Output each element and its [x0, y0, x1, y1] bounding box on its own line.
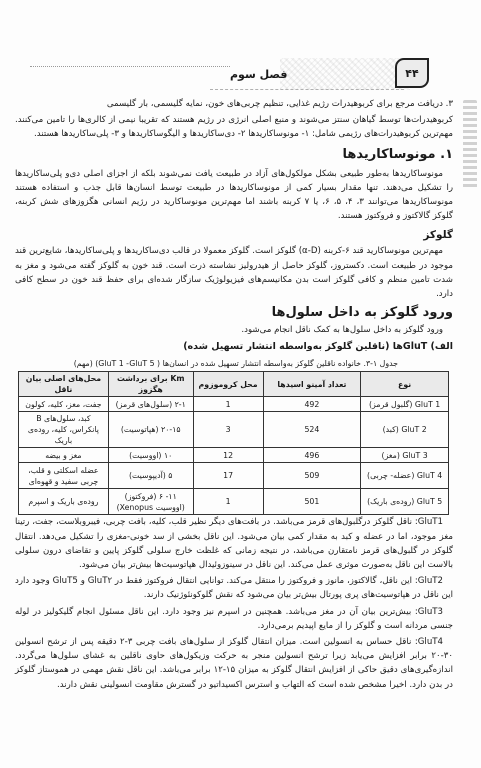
glucose-entry-paragraph: ورود گلوکز به داخل سلول‌ها به کمک ناقل ا…: [15, 323, 453, 337]
cell-amino-acids: 501: [263, 489, 361, 515]
header-amino-acids: تعداد آمینو اسیدها: [263, 372, 361, 397]
glut1-label: GluT1: [418, 517, 443, 527]
cell-type: GluT 4 (عضله- چربی): [361, 463, 449, 489]
page-header: فصل سوم ۴۴: [30, 58, 429, 92]
cell-type: GluT 1 (گلبول قرمز): [361, 397, 449, 412]
cell-km: ۵ (آدیپوسیت): [108, 463, 193, 489]
intro-line-2: کربوهیدرات‌ها توسط گیاهان سنتز می‌شوند و…: [15, 113, 453, 141]
glut1-text: : ناقل گلوکز درگلبول‌های قرمز می‌باشد. د…: [15, 517, 453, 570]
page-number: ۴۴: [395, 58, 429, 88]
header-dashed-rule: [210, 89, 404, 90]
header-type: نوع: [361, 372, 449, 397]
cell-chromosome: 12: [193, 448, 263, 463]
cell-km: ۱۰ (اووسیت): [108, 448, 193, 463]
cell-type: GluT 3 (مغز): [361, 448, 449, 463]
header-decorative-texture: [280, 58, 410, 90]
page-content: ۳. دریافت مرجع برای کربوهیدرات رژیم غذای…: [15, 97, 453, 694]
cell-km: ۱۱- ۶ (فروکتوز) (اووسیت Xenopus): [108, 489, 193, 515]
glut3-text: : بیش‌ترین بیان آن در مغز می‌باشد. همچنی…: [15, 607, 453, 631]
chapter-title: فصل سوم: [230, 68, 287, 81]
glut4-label: GluT4: [418, 637, 443, 647]
table-row: GluT 3 (مغز) 496 12 ۱۰ (اووسیت) مغز و بی…: [19, 448, 449, 463]
glut-subsection-label: الف) GluTها (ناقلین گلوکز به‌واسطه انتشا…: [15, 339, 453, 354]
cell-amino-acids: 524: [263, 412, 361, 448]
table-header-row: نوع تعداد آمینو اسیدها محل کروموزوم Km ب…: [19, 372, 449, 397]
glut-table: نوع تعداد آمینو اسیدها محل کروموزوم Km ب…: [18, 371, 449, 515]
side-vertical-label: [463, 100, 477, 190]
cell-type: GluT 5 (روده‌ی باریک): [361, 489, 449, 515]
glut2-text: : این ناقل، گالاکتوز، مانوز و فروکتوز را…: [15, 576, 453, 600]
glut4-text: : ناقل حساس به انسولین است. میزان انتقال…: [15, 637, 453, 690]
monosaccharides-heading: ۱. مونوساکاریدها: [15, 145, 453, 165]
cell-sites: مغز و بیضه: [19, 448, 109, 463]
monosaccharides-paragraph: مونوساکاریدها به‌طور طبیعی بشکل مولکول‌ه…: [15, 167, 453, 224]
glucose-paragraph: مهم‌ترین مونوساکارید قند ۶-کربنه (α-D) گ…: [15, 244, 453, 301]
glut2-label: GluT2: [418, 576, 443, 586]
glut3-label: GluT3: [418, 607, 443, 617]
table-row: GluT 1 (گلبول قرمز) 492 1 ۲-۱ (سلول‌های …: [19, 397, 449, 412]
table-row: GluT 4 (عضله- چربی) 509 17 ۵ (آدیپوسیت) …: [19, 463, 449, 489]
cell-km: ۲-۱ (سلول‌های قرمز): [108, 397, 193, 412]
cell-chromosome: 1: [193, 397, 263, 412]
cell-chromosome: 17: [193, 463, 263, 489]
cell-chromosome: 3: [193, 412, 263, 448]
glut2-description: GluT2: این ناقل، گالاکتوز، مانوز و فروکت…: [15, 574, 453, 602]
cell-sites: روده‌ی باریک و اسپرم: [19, 489, 109, 515]
table-row: GluT 5 (روده‌ی باریک) 501 1 ۱۱- ۶ (فروکت…: [19, 489, 449, 515]
glut1-description: GluT1: ناقل گلوکز درگلبول‌های قرمز می‌با…: [15, 515, 453, 572]
cell-sites: جفت، مغز، کلیه، کولون: [19, 397, 109, 412]
cell-amino-acids: 496: [263, 448, 361, 463]
glut4-description: GluT4: ناقل حساس به انسولین است. میزان ا…: [15, 635, 453, 692]
header-dotted-rule: [30, 66, 230, 67]
glucose-entry-heading: ورود گلوکز به داخل سلول‌ها: [15, 303, 453, 323]
header-sites: محل‌های اصلی بیان ناقل: [19, 372, 109, 397]
header-km: Km برای برداشت هگزوز: [108, 372, 193, 397]
cell-km: ۲۰-۱۵ (هپاتوسیت): [108, 412, 193, 448]
cell-amino-acids: 492: [263, 397, 361, 412]
cell-amino-acids: 509: [263, 463, 361, 489]
glut3-description: GluT3: بیش‌ترین بیان آن در مغز می‌باشد. …: [15, 605, 453, 633]
table-caption: جدول ۱-۳. خانواده ناقلین گلوکز به‌واسطه …: [15, 358, 453, 370]
cell-chromosome: 1: [193, 489, 263, 515]
intro-line-1: ۳. دریافت مرجع برای کربوهیدرات رژیم غذای…: [15, 97, 453, 111]
book-page: فصل سوم ۴۴ ۳. دریافت مرجع برای کربوهیدرا…: [0, 0, 481, 768]
glucose-heading: گلوکز: [15, 227, 453, 244]
table-row: GluT 2 (کبد) 524 3 ۲۰-۱۵ (هپاتوسیت) کبد،…: [19, 412, 449, 448]
cell-sites: کبد، سلول‌های B پانکراس، کلیه، روده‌ی با…: [19, 412, 109, 448]
cell-sites: عضله اسکلتی و قلب، چربی سفید و قهوه‌ای: [19, 463, 109, 489]
header-chromosome: محل کروموزوم: [193, 372, 263, 397]
cell-type: GluT 2 (کبد): [361, 412, 449, 448]
